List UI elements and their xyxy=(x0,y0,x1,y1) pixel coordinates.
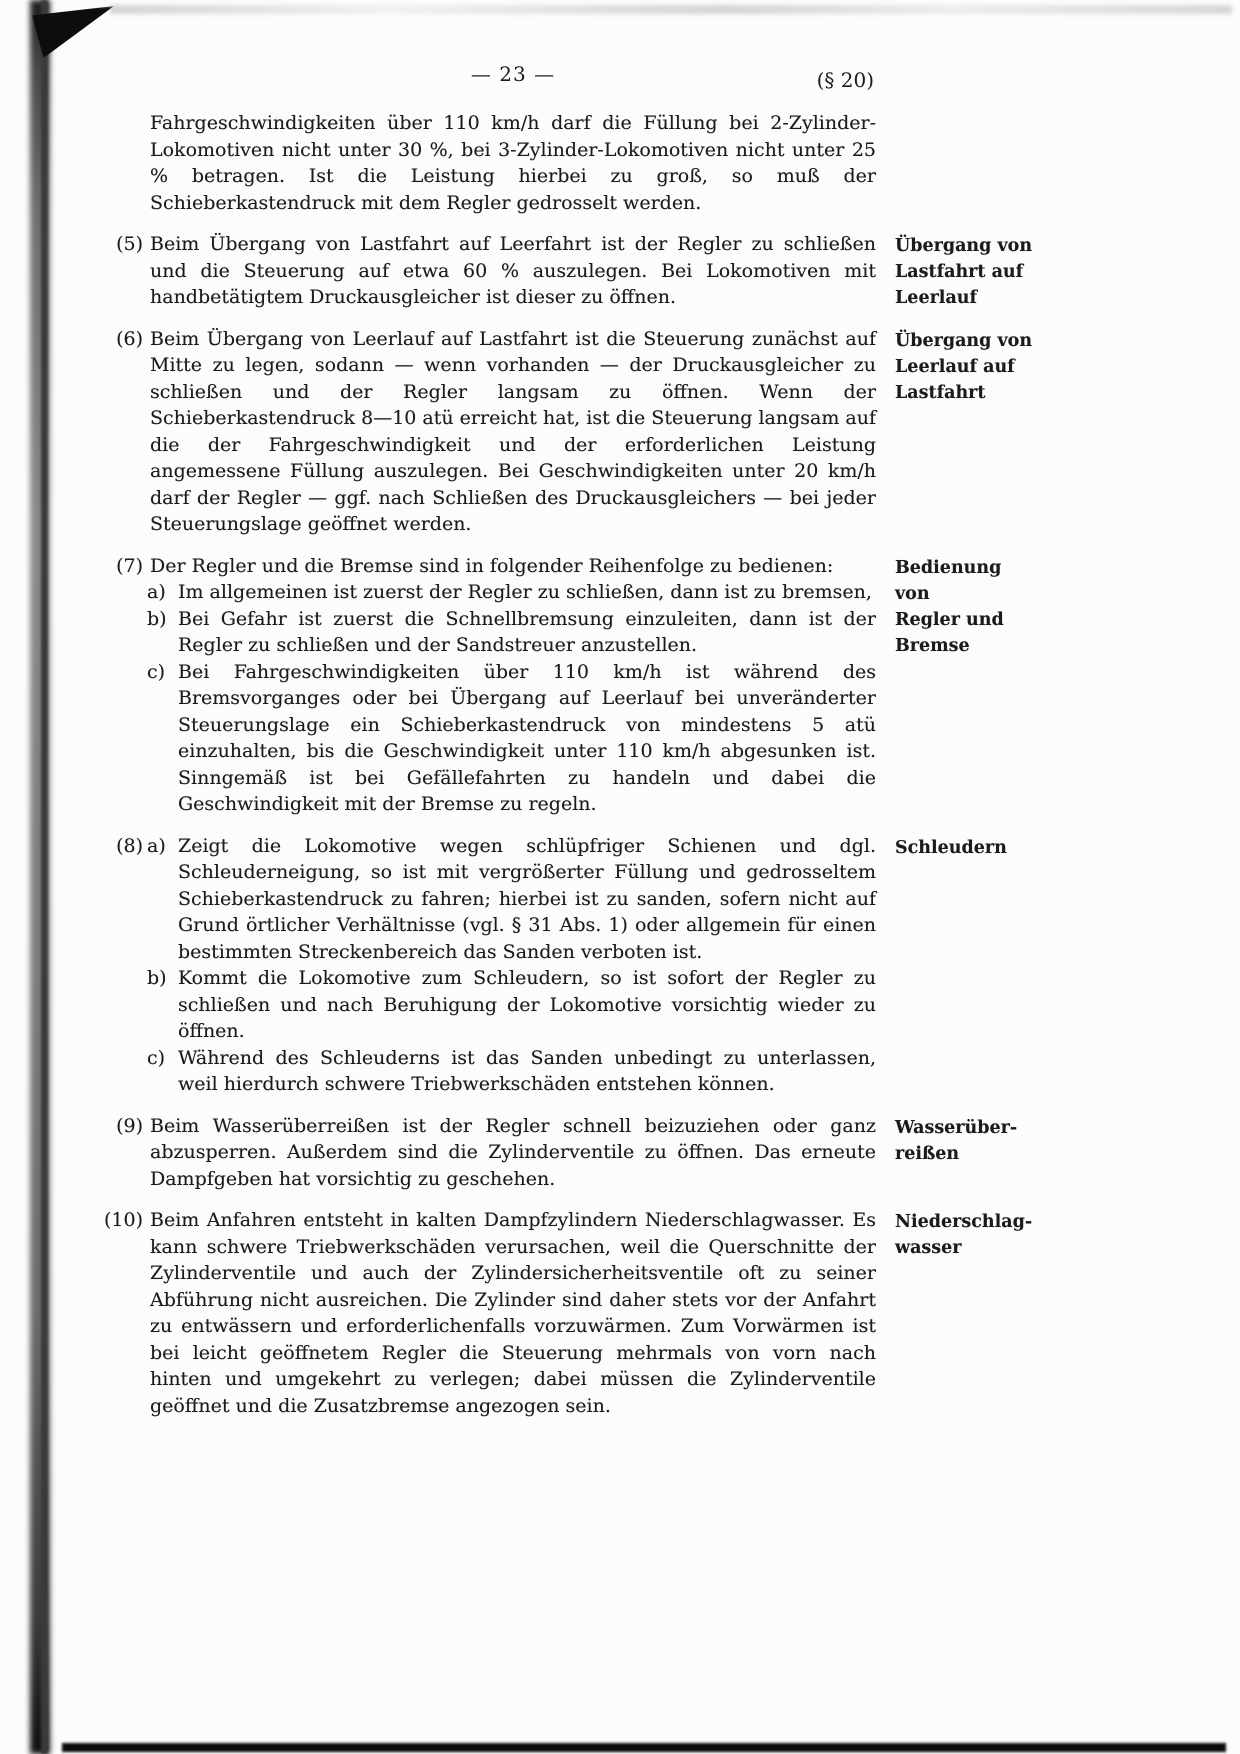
paragraph-number: (8) xyxy=(116,833,150,860)
paragraph-text: Fahrgeschwindigkeiten über 110 km/h darf… xyxy=(150,112,876,214)
margin-note-bedienung: Bedienung von Regler und Bremse xyxy=(895,555,1035,659)
paragraph-6: (6) Beim Übergang von Leerlauf auf Lastf… xyxy=(150,326,876,538)
paragraph-number: (6) xyxy=(116,326,150,353)
list-item-a: a) Im allgemeinen ist zuerst der Regler … xyxy=(150,579,876,606)
scan-top-edge-smudge xyxy=(110,5,1232,14)
list-item-b: b) Kommt die Lokomotive zum Schleudern, … xyxy=(150,965,876,1045)
list-item-b: b) Bei Gefahr ist zuerst die Schnellbrem… xyxy=(150,606,876,659)
item-label: c) xyxy=(147,1045,178,1072)
scanned-document-page: — 23 — (§ 20) Fahrgeschwindigkeiten über… xyxy=(0,0,1240,1754)
text-column: — 23 — (§ 20) Fahrgeschwindigkeiten über… xyxy=(150,58,876,1419)
paragraph-7: (7) Der Regler und die Bremse sind in fo… xyxy=(150,553,876,818)
paragraph-10: (10) Beim Anfahren entsteht in kalten Da… xyxy=(150,1207,876,1419)
section-reference: (§ 20) xyxy=(817,68,874,92)
page-header: — 23 — (§ 20) xyxy=(150,58,876,92)
item-label: c) xyxy=(147,659,178,686)
margin-note-wasserueberreissen: Wasserüber- reißen xyxy=(895,1115,1035,1167)
paragraph-text: Beim Wasserüberreißen ist der Regler sch… xyxy=(150,1115,876,1190)
paragraph-9: (9) Beim Wasserüberreißen ist der Regler… xyxy=(150,1113,876,1193)
item-label: b) xyxy=(147,965,178,992)
item-text: Zeigt die Lokomotive wegen schlüpfriger … xyxy=(178,833,876,966)
paragraph-number: (7) xyxy=(116,553,150,580)
margin-note-schleudern: Schleudern xyxy=(895,835,1035,861)
margin-note-niederschlagwasser: Niederschlag- wasser xyxy=(895,1209,1035,1261)
item-label: b) xyxy=(147,606,178,633)
margin-note-uebergang-leerlauf: Übergang von Leerlauf auf Lastfahrt xyxy=(895,328,1035,406)
margin-note-uebergang-lastfahrt: Übergang von Lastfahrt auf Leerlauf xyxy=(895,233,1035,311)
paragraph-8: (8) a) Zeigt die Lokomotive wegen schlüp… xyxy=(150,833,876,1098)
item-text: Kommt die Lokomotive zum Schleudern, so … xyxy=(178,965,876,1045)
item-label: a) xyxy=(147,833,178,860)
list-item-a: a) Zeigt die Lokomotive wegen schlüpfrig… xyxy=(150,833,876,966)
paragraph-continuation: Fahrgeschwindigkeiten über 110 km/h darf… xyxy=(150,110,876,216)
list-item-c: c) Während des Schleuderns ist das Sande… xyxy=(150,1045,876,1098)
scan-binding-line xyxy=(41,0,48,1754)
paragraph-number: (5) xyxy=(116,231,150,258)
paragraph-intro: Der Regler und die Bremse sind in folgen… xyxy=(150,553,876,580)
scan-bottom-edge-bar xyxy=(62,1743,1226,1752)
paragraph-text: Beim Übergang von Leerlauf auf Lastfahrt… xyxy=(150,328,876,536)
item-text: Bei Fahrgeschwindigkeiten über 110 km/h … xyxy=(178,659,876,818)
item-text: Im allgemeinen ist zuerst der Regler zu … xyxy=(178,579,876,606)
item-text: Während des Schleuderns ist das Sanden u… xyxy=(178,1045,876,1098)
list-item-c: c) Bei Fahrgeschwindigkeiten über 110 km… xyxy=(150,659,876,818)
paragraph-5: (5) Beim Übergang von Lastfahrt auf Leer… xyxy=(150,231,876,311)
page-number: — 23 — xyxy=(150,62,876,86)
paragraph-text: Beim Anfahren entsteht in kalten Dampfzy… xyxy=(150,1209,876,1417)
item-text: Bei Gefahr ist zuerst die Schnellbremsun… xyxy=(178,606,876,659)
paragraph-number: (10) xyxy=(104,1207,150,1234)
paragraph-number: (9) xyxy=(116,1113,150,1140)
paragraph-text: Beim Übergang von Lastfahrt auf Leerfahr… xyxy=(150,233,876,308)
item-label: a) xyxy=(147,579,178,606)
